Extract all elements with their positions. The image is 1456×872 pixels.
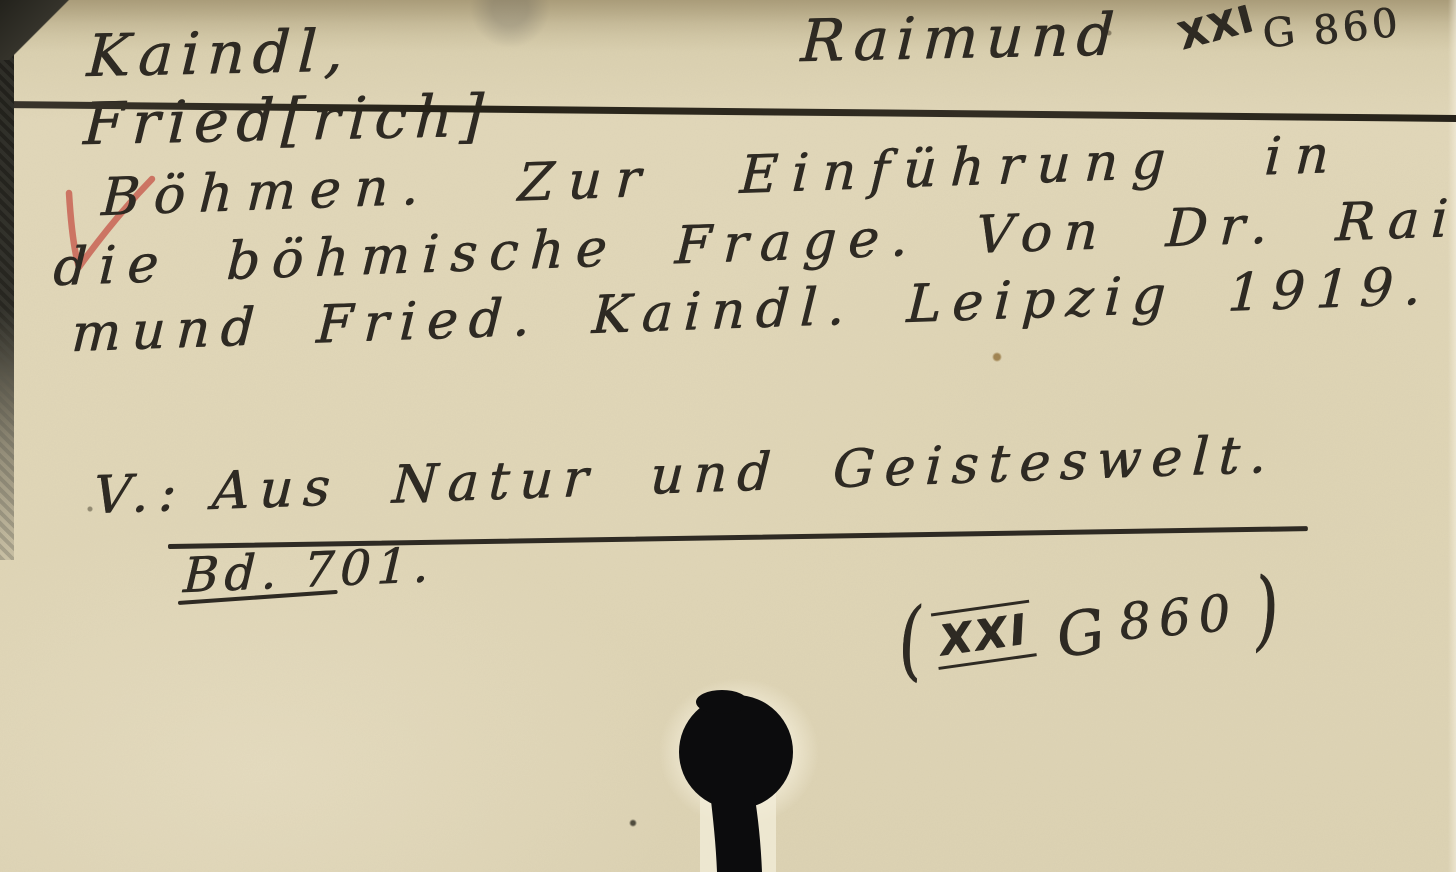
card-right-edge-highlight <box>1448 0 1456 872</box>
series-title: Aus Natur und Geisteswelt. <box>210 425 1277 522</box>
series-prefix: V.: <box>92 463 188 526</box>
call-number-top-number: 860 <box>1311 0 1404 54</box>
author-heading: Kaindl, Raimund Fried[rich] <box>82 0 1123 158</box>
open-paren: ( <box>893 590 927 692</box>
call-number-bottom-letter: G <box>1052 596 1110 673</box>
call-number-bottom-series: XXI <box>930 599 1036 669</box>
catalog-card-scan: Kaindl, Raimund Fried[rich] XXI G 860 Bö… <box>0 0 1456 872</box>
series-note: V.:Aus Natur und Geisteswelt. <box>92 425 1278 526</box>
hole-halo <box>659 678 819 826</box>
scan-left-edge <box>0 0 14 560</box>
call-number-top-series: XXI <box>1174 0 1259 58</box>
call-number-bottom-number: 860 <box>1116 583 1240 651</box>
call-number-top: XXI G 860 <box>1178 4 1401 50</box>
close-paren: ) <box>1249 559 1283 661</box>
call-number-top-letter: G <box>1260 8 1297 57</box>
call-number-bottom: ( XXI G 860 ) <box>889 558 1286 692</box>
